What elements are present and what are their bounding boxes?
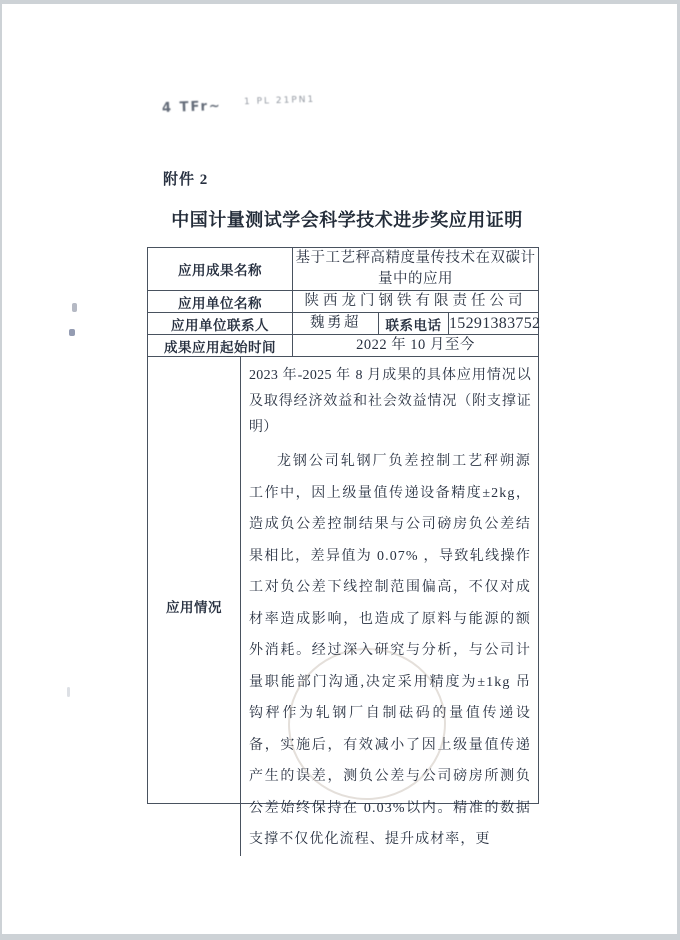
application-certificate-table: 应用成果名称 基于工艺秤高精度量传技术在双碳计量中的应用 应用单位名称 陕西龙门… <box>147 247 539 804</box>
table-row-result-name: 应用成果名称 基于工艺秤高精度量传技术在双碳计量中的应用 <box>148 248 538 291</box>
scan-speck <box>72 303 77 312</box>
application-details-intro: 2023 年-2025 年 8 月成果的具体应用情况以及取得经济效益和社会效益情… <box>249 363 531 441</box>
start-time-label: 成果应用起始时间 <box>148 335 293 356</box>
result-name-value: 基于工艺秤高精度量传技术在双碳计量中的应用 <box>293 248 538 290</box>
handwriting-artifact-left: 4 TFr~ <box>162 99 222 116</box>
start-time-value: 2022 年 10 月至今 <box>293 335 538 356</box>
scan-speck <box>69 329 75 336</box>
application-details-label: 应用情况 <box>148 357 241 856</box>
table-row-application-details: 应用情况 2023 年-2025 年 8 月成果的具体应用情况以及取得经济效益和… <box>148 357 538 856</box>
table-row-start-time: 成果应用起始时间 2022 年 10 月至今 <box>148 335 538 357</box>
application-details-body: 龙钢公司轧钢厂负差控制工艺秤朔源工作中，因上级量值传递设备精度±2kg，造成负公… <box>249 446 531 856</box>
table-row-contact: 应用单位联系人 魏勇超 联系电话 15291383752 <box>148 313 538 335</box>
scan-speck <box>67 687 70 697</box>
contact-label: 应用单位联系人 <box>148 313 293 334</box>
unit-name-value: 陕西龙门钢铁有限责任公司 <box>293 291 538 312</box>
unit-name-label: 应用单位名称 <box>148 291 293 312</box>
phone-label: 联系电话 <box>379 313 449 334</box>
document-page: 4 TFr~ 1 PL 21PN1 附件 2 中国计量测试学会科学技术进步奖应用… <box>2 4 677 934</box>
result-name-label: 应用成果名称 <box>148 248 293 290</box>
application-details-content: 2023 年-2025 年 8 月成果的具体应用情况以及取得经济效益和社会效益情… <box>241 357 538 856</box>
table-row-unit-name: 应用单位名称 陕西龙门钢铁有限责任公司 <box>148 291 538 313</box>
attachment-label: 附件 2 <box>163 168 208 189</box>
phone-value: 15291383752 <box>449 313 540 334</box>
handwriting-artifact-right: 1 PL 21PN1 <box>244 95 316 107</box>
contact-name-value: 魏勇超 <box>293 313 379 334</box>
document-title: 中国计量测试学会科学技术进步奖应用证明 <box>142 206 552 232</box>
